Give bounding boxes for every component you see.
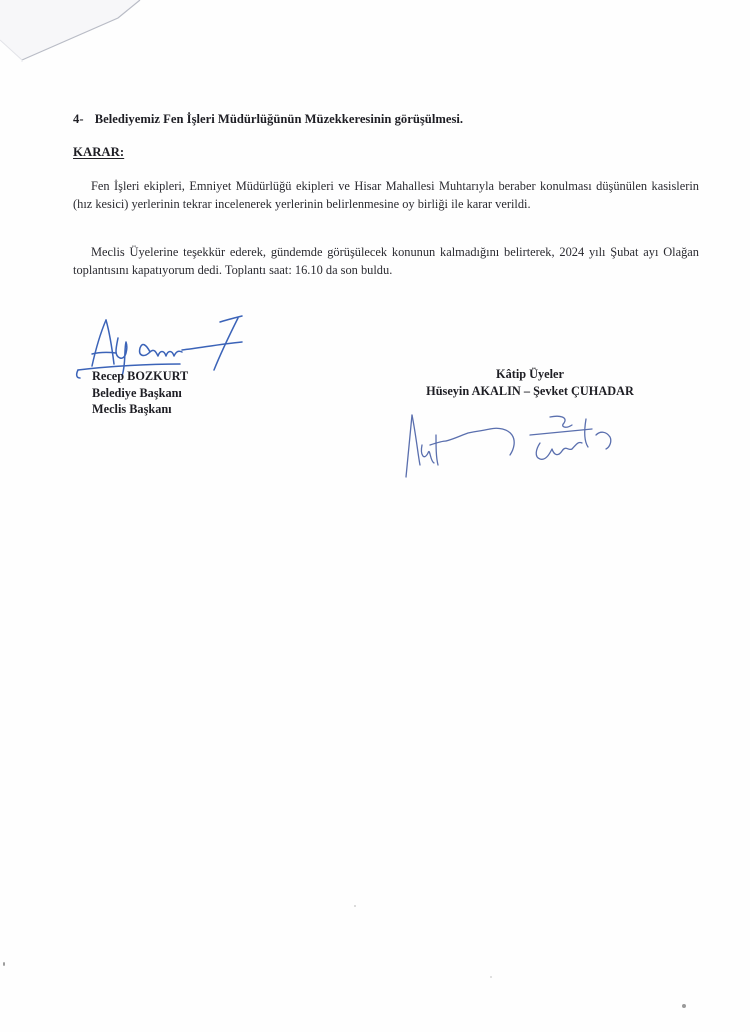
agenda-item-title: Belediyemiz Fen İşleri Müdürlüğünün Müze… [95, 112, 463, 126]
mayor-title: Belediye Başkanı [92, 385, 188, 402]
clerks-names: Hüseyin AKALIN – Şevket ÇUHADAR [390, 383, 670, 400]
agenda-item-heading: 4- Belediyemiz Fen İşleri Müdürlüğünün M… [73, 112, 463, 127]
folded-corner [0, 0, 145, 62]
agenda-item-number: 4- [73, 112, 84, 126]
clerks-signature-block: Kâtip Üyeler Hüseyin AKALIN – Şevket ÇUH… [390, 366, 670, 399]
decision-paragraph: Fen İşleri ekipleri, Emniyet Müdürlüğü e… [73, 178, 699, 213]
mayor-name: Recep BOZKURT [92, 368, 188, 385]
clerks-label: Kâtip Üyeler [390, 366, 670, 383]
clerks-signature [400, 405, 640, 485]
scan-speck [682, 1004, 686, 1008]
scan-speck [3, 962, 5, 966]
scan-speck [490, 976, 492, 978]
council-chair-title: Meclis Başkanı [92, 401, 188, 418]
document-page: 4- Belediyemiz Fen İşleri Müdürlüğünün M… [0, 0, 750, 1032]
scan-speck [354, 905, 356, 907]
closing-paragraph: Meclis Üyelerine teşekkür ederek, gündem… [73, 244, 699, 279]
mayor-signature-block: Recep BOZKURT Belediye Başkanı Meclis Ba… [92, 368, 188, 418]
decision-label: KARAR: [73, 145, 124, 160]
